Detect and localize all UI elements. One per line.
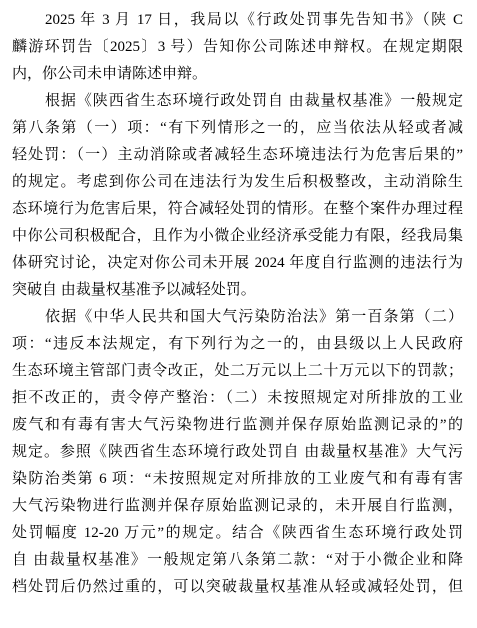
document-line: 体研究讨论，决定对你公司未开展 2024 年度自行监测的违法行为 [12, 250, 463, 277]
document-line: 依据《中华人民共和国大气污染防治法》第一百条第（二） [12, 304, 463, 331]
paragraph-mitigation-basis: 根据《陕西省生态环境行政处罚自 由裁量权基准》一般规定 第八条第（一）项：“有下… [12, 88, 463, 304]
document-line: 中你公司积极配合，且作为小微企业经济承受能力有限，经我局集 [12, 223, 463, 250]
document-page: 2025 年 3 月 17 日，我局以《行政处罚事先告知书》（陕 C 麟游环罚告… [0, 0, 477, 628]
document-line: 废气和有毒有害大气污染物进行监测并保存原始监测记录的”的 [12, 412, 463, 439]
document-line: 麟游环罚告〔2025〕3 号）告知你公司陈述申辩权。在规定期限 [12, 34, 463, 61]
document-line: 第八条第（一）项：“有下列情形之一的，应当依法从轻或者减 [12, 115, 463, 142]
document-line: 项：“违反本法规定，有下列行为之一的，由县级以上人民政府 [12, 331, 463, 358]
document-line: 2025 年 3 月 17 日，我局以《行政处罚事先告知书》（陕 C [12, 7, 463, 34]
document-line: 态环境行为危害后果，符合减轻处罚的情形。在整个案件办理过程 [12, 196, 463, 223]
paragraph-legal-basis: 依据《中华人民共和国大气污染防治法》第一百条第（二） 项：“违反本法规定，有下列… [12, 304, 463, 601]
document-line: 规定。参照《陕西省生态环境行政处罚自 由裁量权基准》大气污 [12, 439, 463, 466]
document-line: 根据《陕西省生态环境行政处罚自 由裁量权基准》一般规定 [12, 88, 463, 115]
document-line: 生态环境主管部门责令改正，处二万元以上二十万元以下的罚款； [12, 358, 463, 385]
document-line: 处罚幅度 12-20 万元”的规定。结合《陕西省生态环境行政处罚 [12, 520, 463, 547]
document-line: 染防治类第 6 项：“未按照规定对所排放的工业废气和有毒有害 [12, 466, 463, 493]
document-line: 大气污染物进行监测并保存原始监测记录的，未开展自行监测， [12, 493, 463, 520]
document-line: 档处罚后仍然过重的，可以突破裁量权基准从轻或减轻处罚，但 [12, 574, 463, 601]
document-line: 的规定。考虑到你公司在违法行为发生后积极整改，主动消除生 [12, 169, 463, 196]
document-line: 拒不改正的，责令停产整治：（二）未按照规定对所排放的工业 [12, 385, 463, 412]
document-line: 内，你公司未申请陈述申辩。 [12, 61, 463, 88]
document-line: 突破自 由裁量权基准予以减轻处罚。 [12, 277, 463, 304]
document-line: 自 由裁量权基准》一般规定第八条第二款：“对于小微企业和降 [12, 547, 463, 574]
paragraph-notice-of-rights: 2025 年 3 月 17 日，我局以《行政处罚事先告知书》（陕 C 麟游环罚告… [12, 7, 463, 88]
document-line: 轻处罚：（一）主动消除或者减轻生态环境违法行为危害后果的” [12, 142, 463, 169]
